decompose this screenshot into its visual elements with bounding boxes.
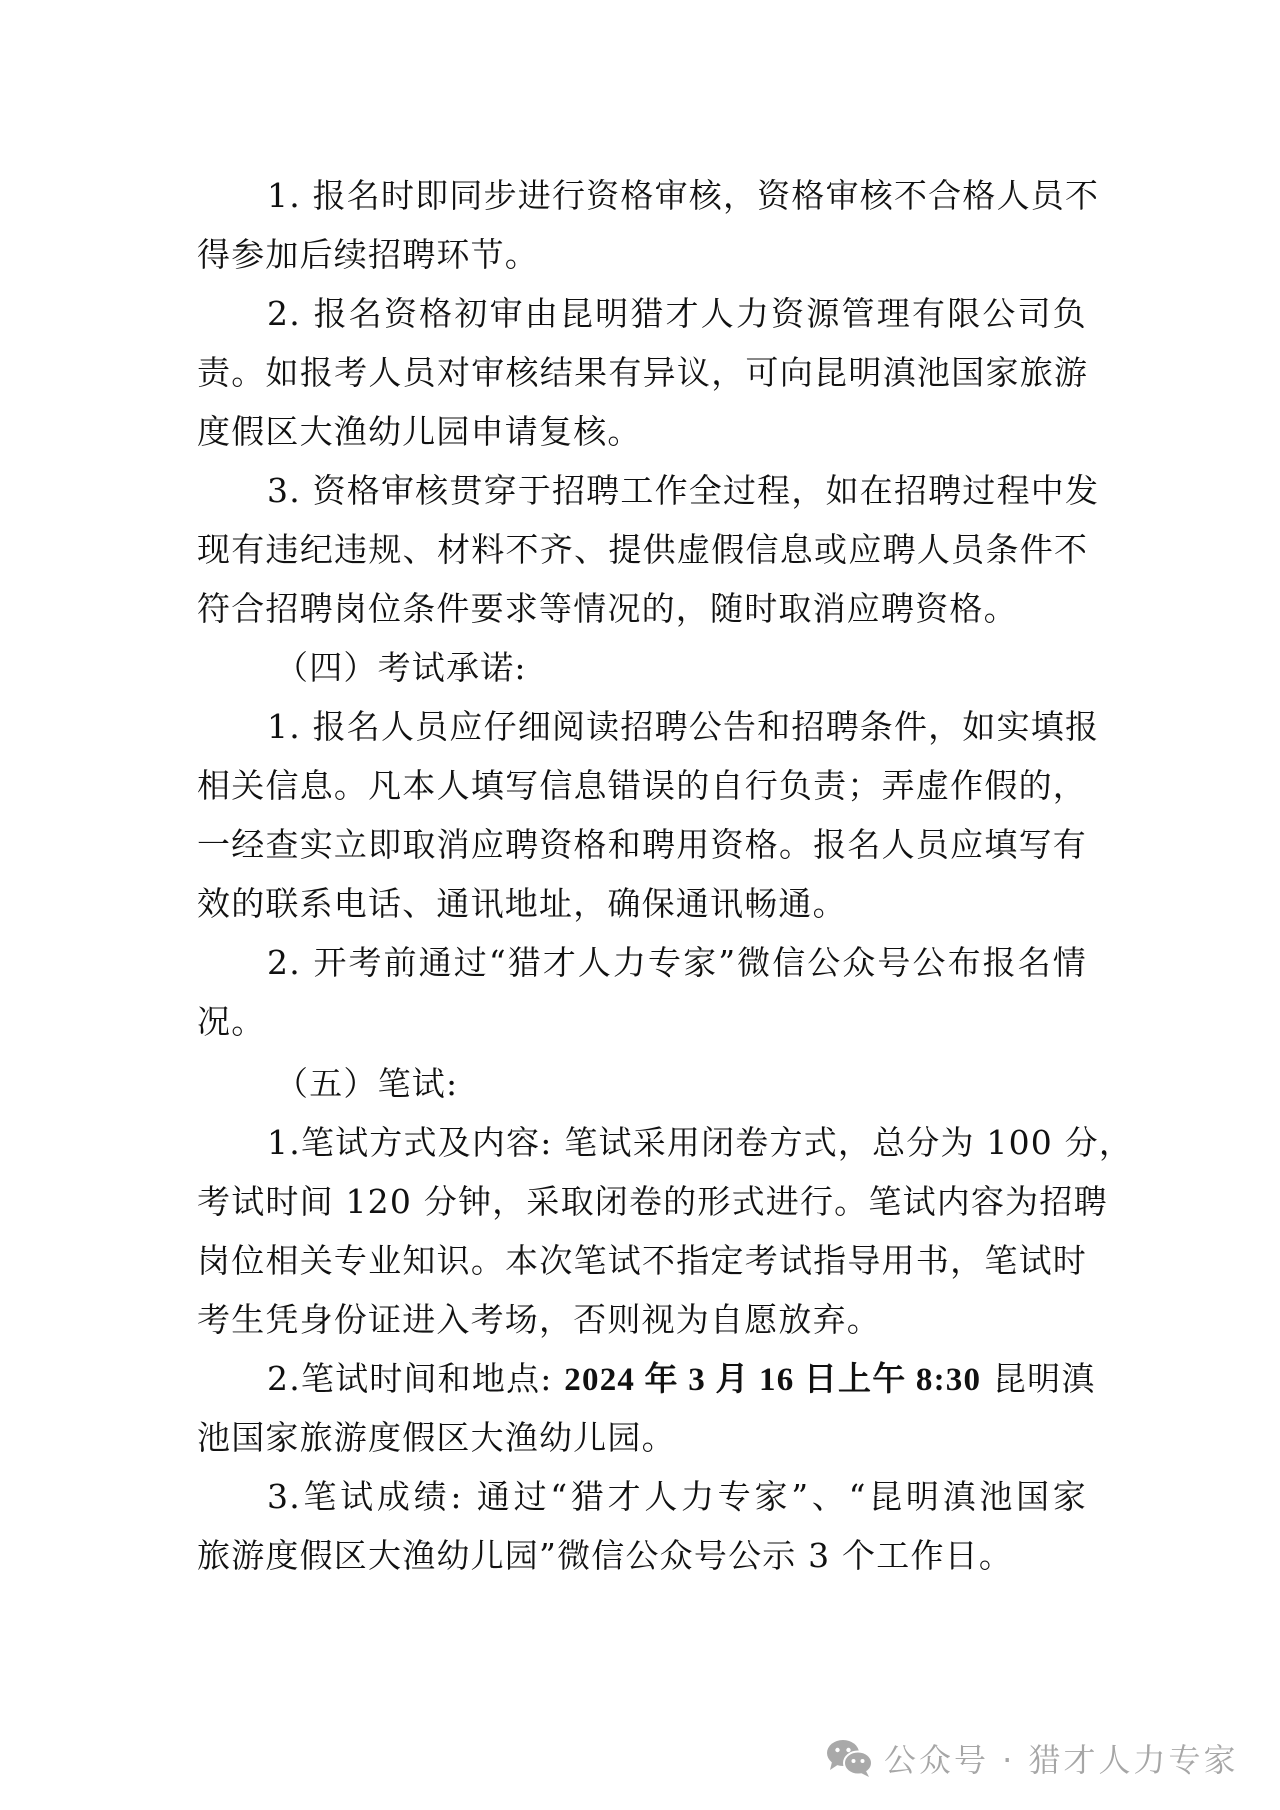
paragraph-line-exam-time: 2.笔试时间和地点: 2024 年 3 月 16 日上午 8:30 昆明滇	[197, 1349, 1087, 1408]
exam-location-start: 昆明滇	[981, 1359, 1095, 1398]
paragraph-line: 岗位相关专业知识。本次笔试不指定考试指导用书，笔试时	[197, 1231, 1087, 1290]
paragraph-line: 3. 资格审核贯穿于招聘工作全过程，如在招聘过程中发	[197, 461, 1087, 520]
paragraph-line: 3.笔试成绩: 通过“猎才人力专家”、“昆明滇池国家	[197, 1467, 1087, 1526]
paragraph-line: 2. 开考前通过“猎才人力专家”微信公众号公布报名情	[197, 933, 1087, 992]
paragraph-line: 况。	[197, 992, 1087, 1051]
wechat-watermark: 公众号 · 猎才人力专家	[826, 1736, 1239, 1780]
paragraph-line: 1.笔试方式及内容: 笔试采用闭卷方式，总分为 100 分，	[197, 1113, 1087, 1172]
paragraph-line: 符合招聘岗位条件要求等情况的，随时取消应聘资格。	[197, 579, 1087, 638]
paragraph-line: 现有违纪违规、材料不齐、提供虚假信息或应聘人员条件不	[197, 520, 1087, 579]
paragraph-line: 2. 报名资格初审由昆明猎才人力资源管理有限公司负	[197, 284, 1087, 343]
paragraph-line: 池国家旅游度假区大渔幼儿园。	[197, 1408, 1087, 1467]
paragraph-line: 考生凭身份证进入考场，否则视为自愿放弃。	[197, 1290, 1087, 1349]
wechat-icon	[826, 1738, 874, 1778]
paragraph-line: 度假区大渔幼儿园申请复核。	[197, 402, 1087, 461]
watermark-text: 公众号 · 猎才人力专家	[884, 1735, 1239, 1781]
section-heading-4: （四）考试承诺:	[197, 638, 1087, 697]
paragraph-line: 一经查实立即取消应聘资格和聘用资格。报名人员应填写有	[197, 815, 1087, 874]
exam-time-label: 2.笔试时间和地点:	[267, 1359, 564, 1398]
paragraph-line: 得参加后续招聘环节。	[197, 225, 1087, 284]
paragraph-line: 效的联系电话、通讯地址，确保通讯畅通。	[197, 874, 1087, 933]
paragraph-line: 1. 报名人员应仔细阅读招聘公告和招聘条件，如实填报	[197, 697, 1087, 756]
paragraph-line: 1. 报名时即同步进行资格审核，资格审核不合格人员不	[197, 166, 1087, 225]
document-page: 1. 报名时即同步进行资格审核，资格审核不合格人员不 得参加后续招聘环节。 2.…	[197, 166, 1087, 1585]
paragraph-line: 相关信息。凡本人填写信息错误的自行负责；弄虚作假的，	[197, 756, 1087, 815]
paragraph-line: 责。如报考人员对审核结果有异议，可向昆明滇池国家旅游	[197, 343, 1087, 402]
paragraph-line: 旅游度假区大渔幼儿园”微信公众号公示 3 个工作日。	[197, 1526, 1087, 1585]
paragraph-line: 考试时间 120 分钟，采取闭卷的形式进行。笔试内容为招聘	[197, 1172, 1087, 1231]
section-heading-5: （五）笔试:	[197, 1054, 1087, 1113]
exam-datetime: 2024 年 3 月 16 日上午 8:30	[564, 1362, 981, 1398]
